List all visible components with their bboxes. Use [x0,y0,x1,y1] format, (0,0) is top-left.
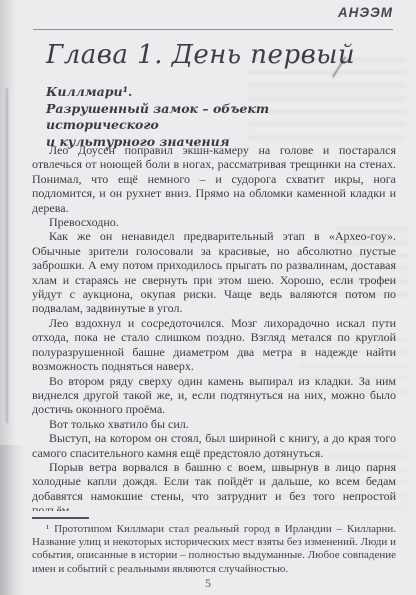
page-number: 5 [0,576,416,591]
epigraph-line: Разрушенный замок – объект исторического [46,101,376,134]
paragraph: Лео вздохнул и сосредоточился. Мозг лихо… [32,316,396,374]
corner-shade [0,445,26,595]
paragraph: Превосходно. [32,215,396,229]
footnote-rule [32,517,89,519]
running-header: АНЭЭМ [338,5,393,20]
spine-shadow-line [6,88,8,423]
epigraph-line: Киллмари¹. [46,84,376,101]
chapter-title: Глава 1. День первый [46,40,355,70]
paragraph: Выступ, на котором он стоял, был шириной… [32,431,396,460]
paragraph: Во втором ряду сверху один камень выпира… [32,374,396,417]
paragraph: Вот только хватило бы сил. [32,417,396,431]
footnote-text: ¹ Прототипом Киллмари стал реальный горо… [32,523,396,576]
header-rule [33,29,393,30]
epigraph: Киллмари¹. Разрушенный замок – объект ис… [46,84,376,150]
book-page-scan: АНЭЭМ Глава 1. День первый Киллмари¹. Ра… [0,0,416,595]
paragraph: Порыв ветра ворвался в башню с воем, швы… [32,460,396,518]
spine-shadow [0,0,16,595]
paragraph: Как же он ненавидел предварительный этап… [32,229,396,315]
body-text: Лео Доусен поправил экшн-камеру на голов… [32,143,396,519]
footnote-area: ¹ Прототипом Киллмари стал реальный горо… [32,511,396,583]
paragraph: Лео Доусен поправил экшн-камеру на голов… [32,143,396,215]
